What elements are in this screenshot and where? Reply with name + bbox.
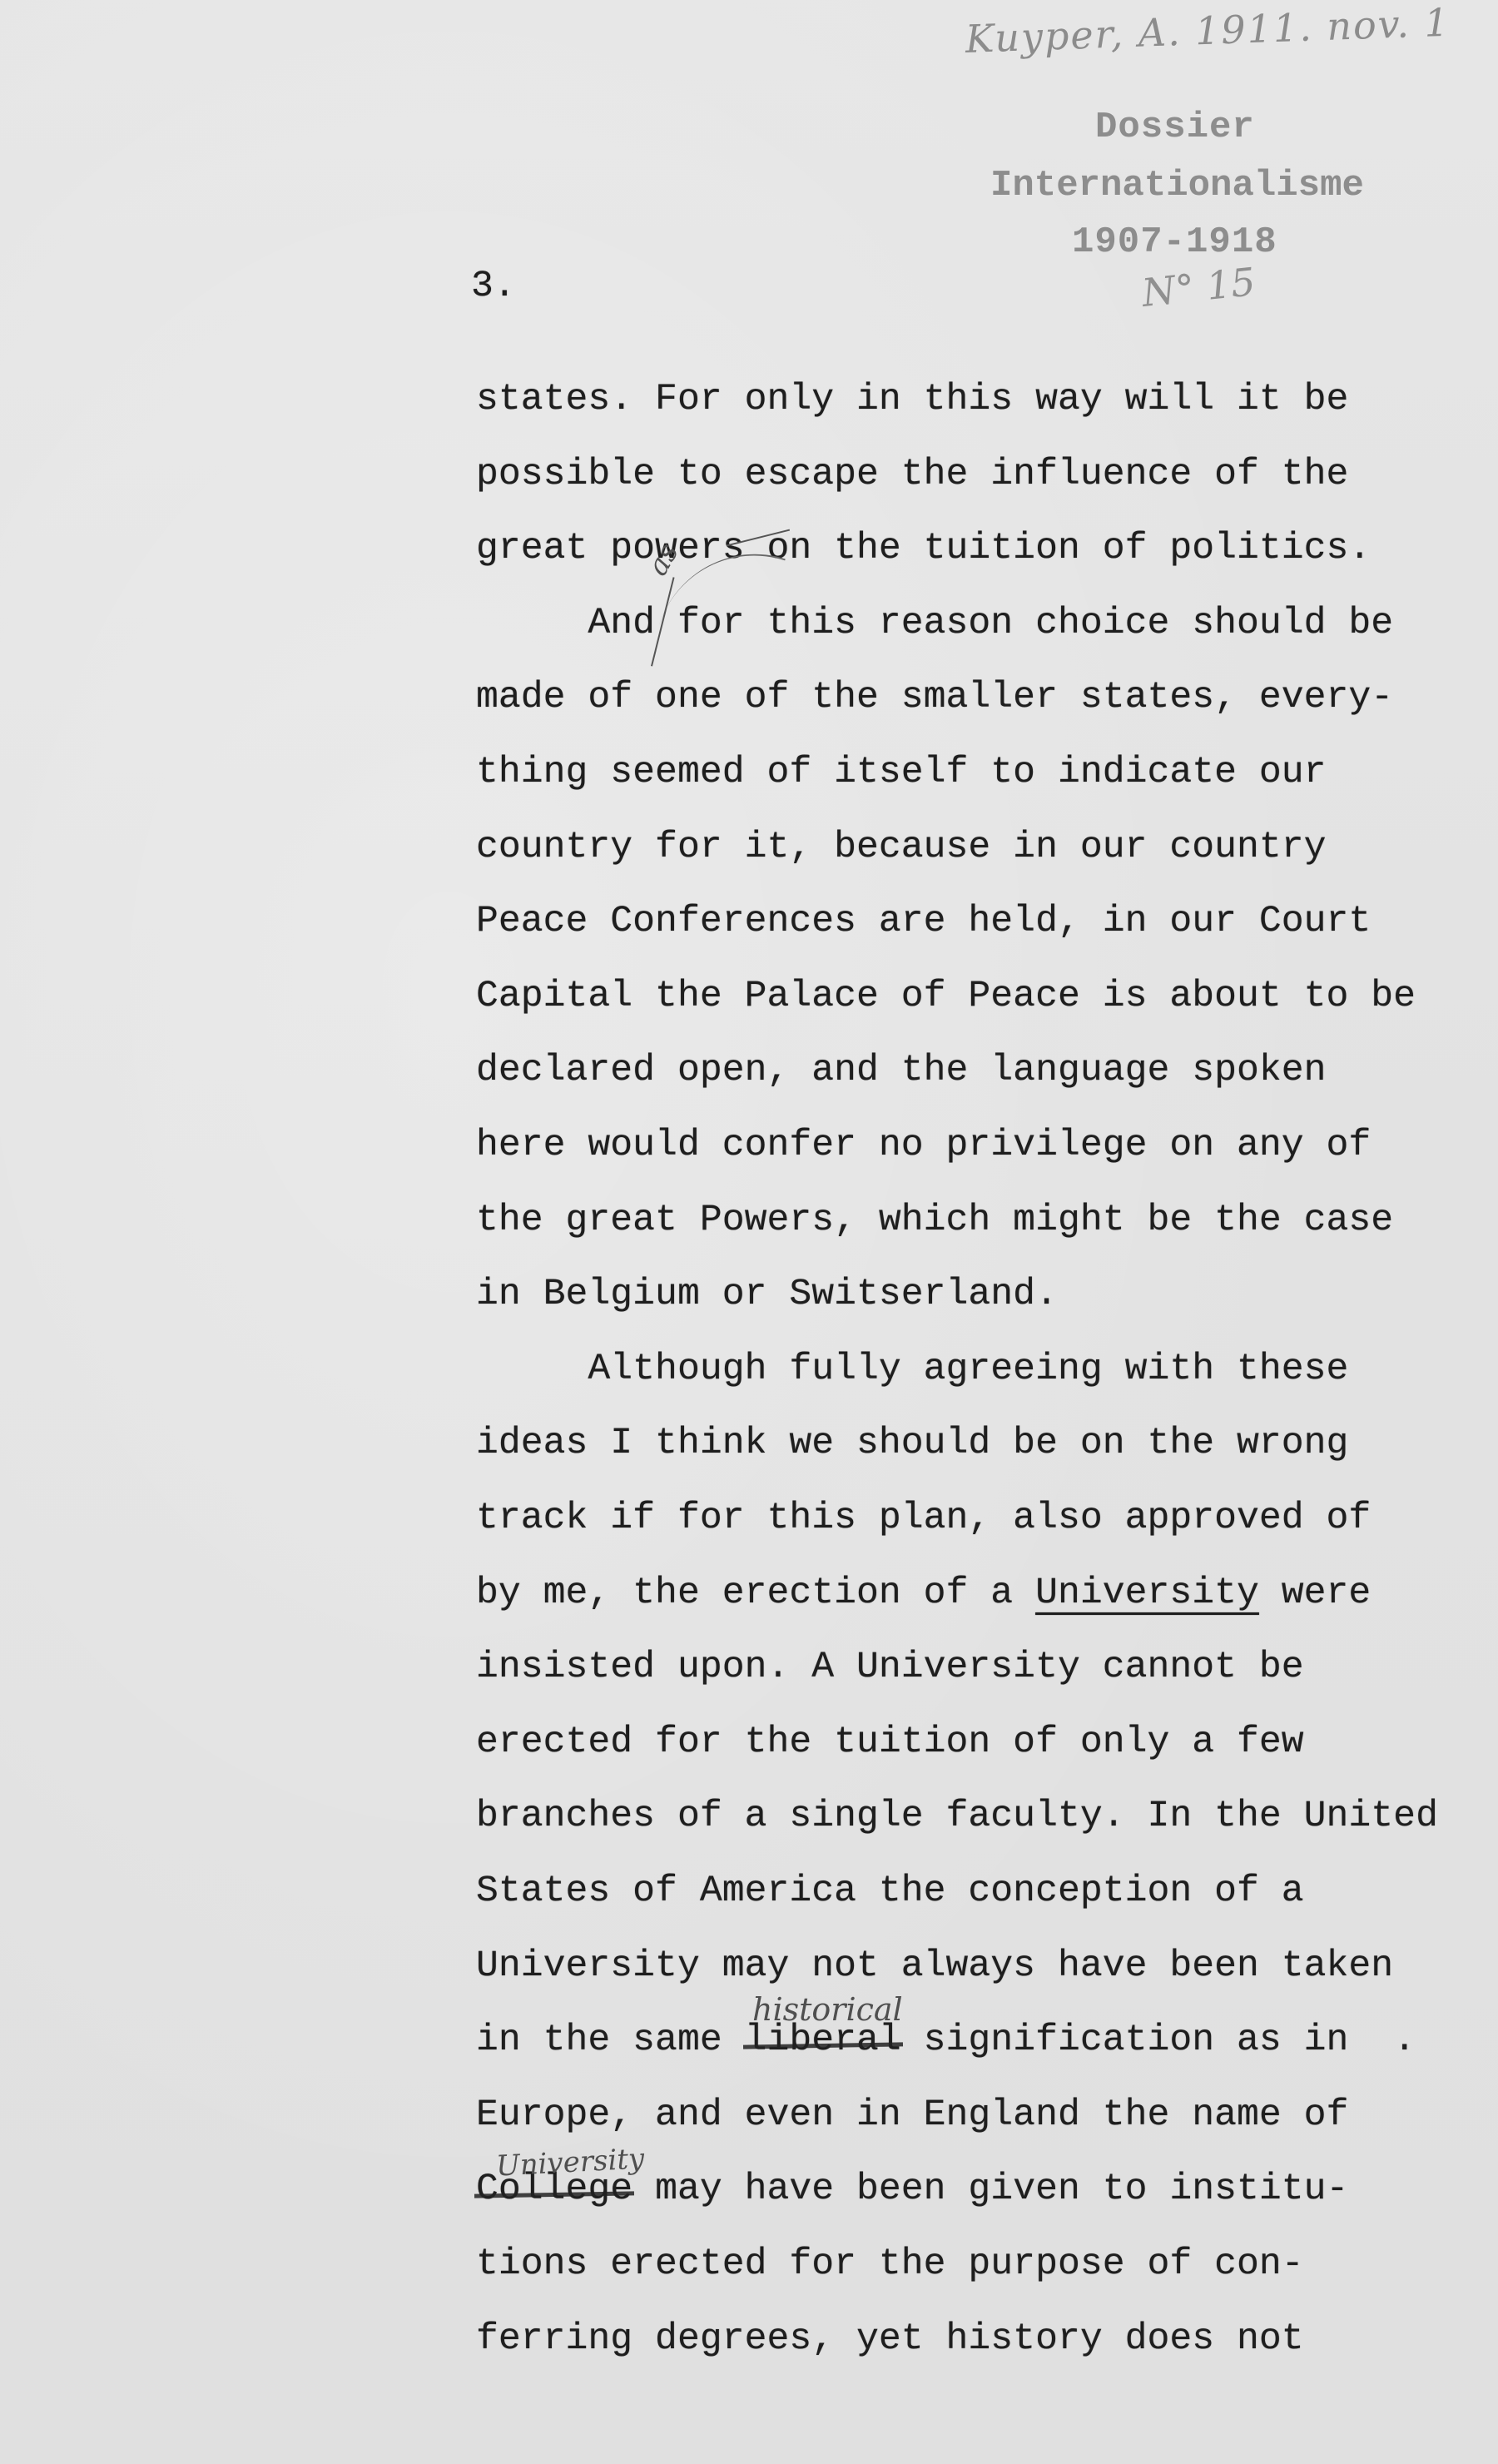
- typed-line: Capital the Palace of Peace is about to …: [476, 978, 1416, 1016]
- document-page: Kuyper, A. 1911. nov. 1 Dossier Internat…: [0, 0, 1498, 2464]
- typed-line: in Belgium or Switserland.: [476, 1276, 1058, 1314]
- typed-line: track if for this plan, also approved of: [476, 1500, 1371, 1538]
- archive-number: N° 15: [1140, 259, 1257, 315]
- typed-line: great powers on the tuition of politics.: [476, 530, 1371, 568]
- typed-line: ideas I think we should be on the wrong: [476, 1425, 1348, 1463]
- typed-line: tions erected for the purpose of con-: [476, 2246, 1304, 2283]
- typed-line: country for it, because in our country: [476, 829, 1327, 867]
- typed-line: in the same liberal signification as in …: [476, 2022, 1416, 2059]
- handwritten-header: Kuyper, A. 1911. nov. 1: [965, 0, 1451, 62]
- typed-line: ferring degrees, yet history does not: [476, 2321, 1304, 2358]
- typed-line: Europe, and even in England the name of: [476, 2097, 1348, 2134]
- typed-line: by me, the erection of a University were: [476, 1575, 1371, 1612]
- typed-line: the great Powers, which might be the cas…: [476, 1202, 1393, 1239]
- typed-line: branches of a single faculty. In the Uni…: [476, 1798, 1438, 1836]
- typed-line: states. For only in this way will it be: [476, 381, 1348, 419]
- typed-line: declared open, and the language spoken: [476, 1052, 1327, 1090]
- archive-stamp-line-2: Internationalisme: [990, 165, 1364, 206]
- handwritten-insertion-historical: historical: [752, 1991, 903, 2028]
- typed-line: possible to escape the influence of the: [476, 456, 1348, 494]
- typed-line: made of one of the smaller states, every…: [476, 679, 1393, 717]
- typed-line: erected for the tuition of only a few: [476, 1724, 1304, 1761]
- archive-stamp-line-3: 1907-1918: [1072, 221, 1277, 263]
- typed-line: insisted upon. A University cannot be: [476, 1649, 1304, 1687]
- underlined-word: University: [1035, 1572, 1259, 1614]
- typed-line: And for this reason choice should be: [476, 605, 1393, 643]
- typed-line: thing seemed of itself to indicate our: [476, 754, 1327, 792]
- typed-line: University may not always have been take…: [476, 1948, 1393, 1985]
- typed-line: States of America the conception of a: [476, 1873, 1304, 1910]
- typed-line: here would confer no privilege on any of: [476, 1127, 1371, 1165]
- typed-line: Peace Conferences are held, in our Court: [476, 903, 1371, 941]
- typed-line: Although fully agreeing with these: [476, 1351, 1348, 1388]
- archive-stamp-line-1: Dossier: [1095, 107, 1255, 148]
- page-number: 3.: [471, 268, 516, 306]
